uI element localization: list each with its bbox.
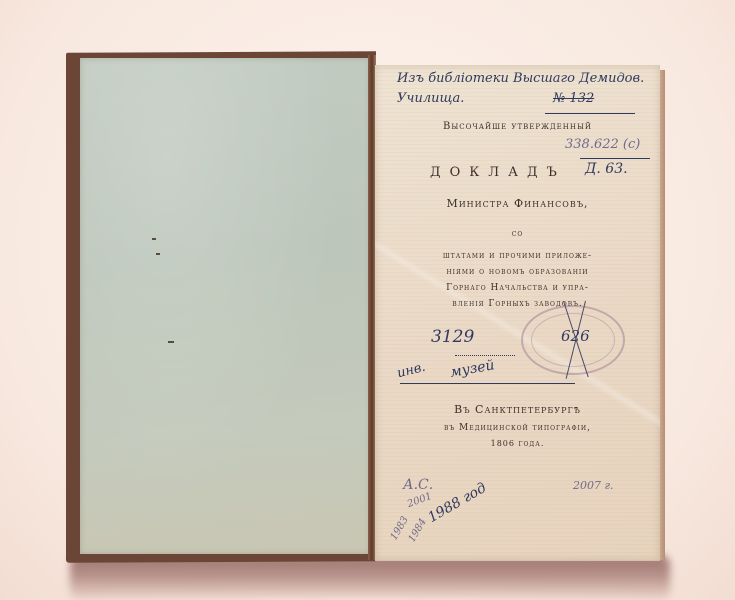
inventory-number: 3129: [431, 327, 474, 347]
title-with: со: [375, 229, 660, 238]
title-subtitle-3: Горнаго Начальства и упра-: [375, 283, 660, 293]
provenance-note-line2: Училища.: [397, 91, 464, 106]
museum-note: музей: [449, 357, 496, 381]
shelfmark-rule: [580, 158, 650, 159]
foxing-mark: [156, 253, 160, 255]
imprint-city: Въ Санктпетербургѣ: [375, 403, 660, 416]
museum-rule: [400, 383, 575, 384]
title-line-approved: Высочайше утвержденный: [375, 121, 660, 132]
pencil-year-2007: 2007 г.: [573, 479, 614, 492]
title-subtitle-1: штатами и прочими приложе-: [375, 251, 660, 261]
dotted-rule: [455, 355, 515, 357]
foxing-mark: [152, 238, 156, 240]
imprint-year: 1806 года.: [375, 439, 660, 448]
inventory-label: инв.: [396, 360, 427, 381]
title-subtitle-4: вленія Горныхъ заводовъ.: [375, 299, 660, 309]
foxing-mark: [168, 341, 174, 343]
underline: [545, 113, 635, 114]
title-report: ДОКЛАДЪ: [375, 165, 660, 180]
provenance-note-line1: Изъ библіотеки Высшаго Демидов.: [397, 71, 644, 86]
pencil-year-2001: 2001: [406, 491, 434, 510]
imprint-press: въ Медицинской типографіи,: [375, 423, 660, 433]
front-pastedown-page: [80, 58, 370, 554]
shelfmark-primary: 338.622 (с): [565, 137, 640, 152]
title-subtitle-2: ніями о новомъ образованіи: [375, 267, 660, 277]
title-page: Изъ библіотеки Высшаго Демидов. Училища.…: [375, 65, 660, 561]
old-catalog-number: № 132: [553, 91, 594, 106]
title-minister: Министра Финансовъ,: [375, 197, 660, 210]
ink-year-1988: 1988 год: [425, 480, 489, 526]
stamp-handwritten-number: 626: [561, 327, 590, 345]
